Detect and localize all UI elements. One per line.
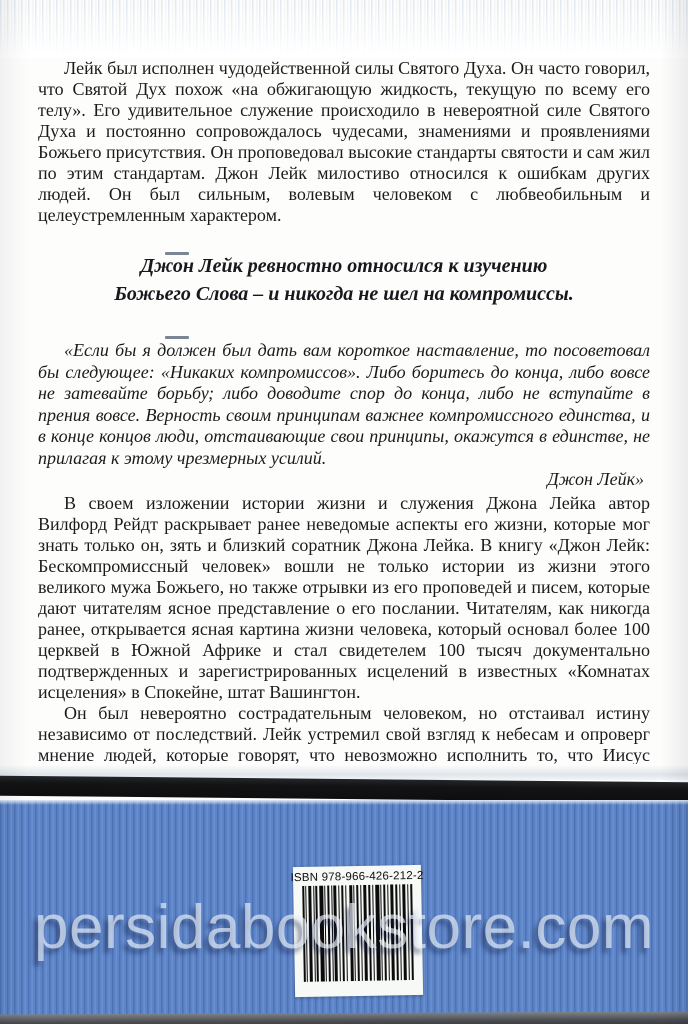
divider-dash-bottom: [165, 336, 189, 339]
author-quote: «Если бы я должен был дать вам короткое …: [38, 340, 650, 469]
pull-quote-heading: Джон Лейк ревностно относился к изучению…: [38, 252, 650, 308]
quote-attribution: Джон Лейк»: [38, 469, 644, 491]
bottom-table-edge: [0, 1011, 688, 1024]
synopsis-paragraph-2: В своем изложении истории жизни и служен…: [38, 493, 650, 703]
book-back-cover: Лейк был исполнен чудодейственной силы С…: [0, 0, 688, 1024]
pull-quote-heading-line-1: Джон Лейк ревностно относился к изучению: [38, 252, 650, 280]
synopsis-paragraph-1: Лейк был исполнен чудодейственной силы С…: [38, 58, 650, 226]
text-column: Лейк был исполнен чудодейственной силы С…: [0, 0, 688, 780]
cover-text-area: Лейк был исполнен чудодейственной силы С…: [0, 0, 688, 780]
pull-quote-heading-line-2: Божьего Слова – и никогда не шел на комп…: [38, 280, 650, 308]
isbn-label: ISBN 978-966-426-212-2: [291, 870, 424, 884]
divider-dash-top: [165, 252, 189, 255]
watermark-text: persidabookstore.com: [0, 892, 688, 963]
